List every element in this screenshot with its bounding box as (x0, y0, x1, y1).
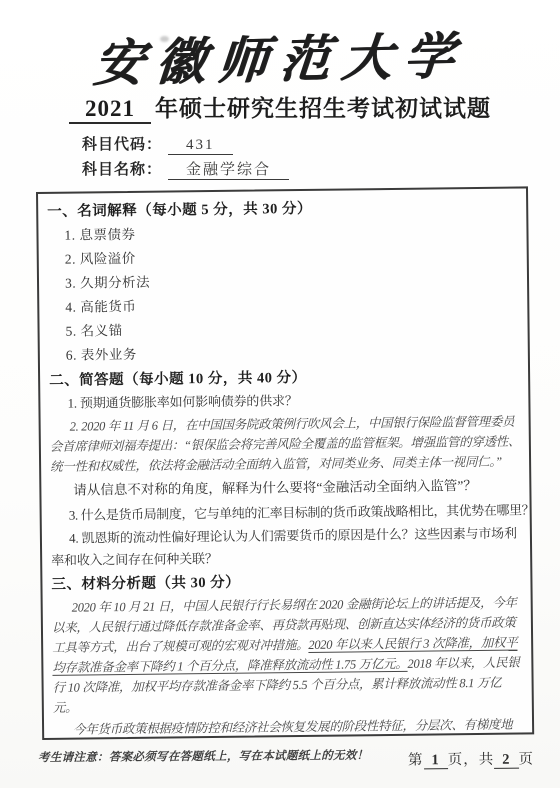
subject-name-label: 科目名称： (82, 162, 162, 178)
subject-code-value: 431 (168, 137, 233, 155)
page-number: 第1页，共2页 (408, 748, 534, 770)
subject-code-row: 科目代码：431 (82, 133, 233, 154)
subject-name-row: 科目名称：金融学综合 (82, 158, 289, 179)
page-footer: 考生请注意：答案必须写在答题纸上，写在本试题纸上的无效！ 第1页，共2页 (38, 748, 534, 769)
subject-code-label: 科目代码： (82, 137, 162, 153)
page-label-post: 页 (518, 752, 534, 768)
term-item-6: 6. 表外业务 (49, 339, 520, 368)
subject-name-value: 金融学综合 (168, 162, 289, 180)
material-p2-underlined: 第一批 3000 亿元专项再贷款 (53, 738, 514, 740)
section3-heading: 三、材料分析题（共 30 分） (51, 569, 522, 596)
exam-title-text: 年硕士研究生招生考试初试试题 (155, 96, 491, 121)
exam-title: 2021年硕士研究生招生考试初试试题 (0, 90, 560, 123)
exam-content-box: 一、名词解释（每小题 5 分，共 30 分） 1. 息票债券 2. 风险溢价 3… (36, 186, 534, 740)
page-label-mid: 页，共 (448, 752, 495, 768)
short-answer-q4: 4. 凯恩斯的流动性偏好理论认为人们需要货币的原因是什么？这些因素与市场利率和收… (51, 523, 522, 572)
page-label-pre: 第 (408, 752, 424, 768)
current-page-number: 1 (423, 752, 447, 769)
total-page-number: 2 (494, 752, 518, 769)
short-answer-q1: 1. 预期通货膨胀率如何影响债券的供求？ (49, 388, 520, 415)
material-p2-text: 今年货币政策根据疫情防控和经济社会恢复发展的阶段性特征，分层次、有梯度地出台，有… (53, 718, 512, 740)
candidate-notice: 考生请注意：答案必须写在答题纸上，写在本试题纸上的无效！ (38, 747, 369, 765)
scanned-exam-sheet: 安徽师范大学 2021年硕士研究生招生考试初试试题 科目代码：431 科目名称：… (0, 0, 560, 788)
exam-year: 2021 (69, 96, 151, 124)
short-answer-q2-statement: 2. 2020 年 11 月 6 日，在中国国务院政策例行吹风会上，中国银行保险… (50, 412, 522, 477)
short-answer-q2-question: 请从信息不对称的角度，解释为什么要将“金融活动全面纳入监管”？ (50, 474, 521, 503)
university-name-calligraphy: 安徽师范大学 (0, 14, 560, 98)
material-paragraph-2: 今年货币政策根据疫情防控和经济社会恢复发展的阶段性特征，分层次、有梯度地出台，有… (53, 714, 525, 739)
material-paragraph-1: 2020 年 10 月 21 日，中国人民银行行长易纲在 2020 金融街论坛上… (52, 593, 524, 718)
